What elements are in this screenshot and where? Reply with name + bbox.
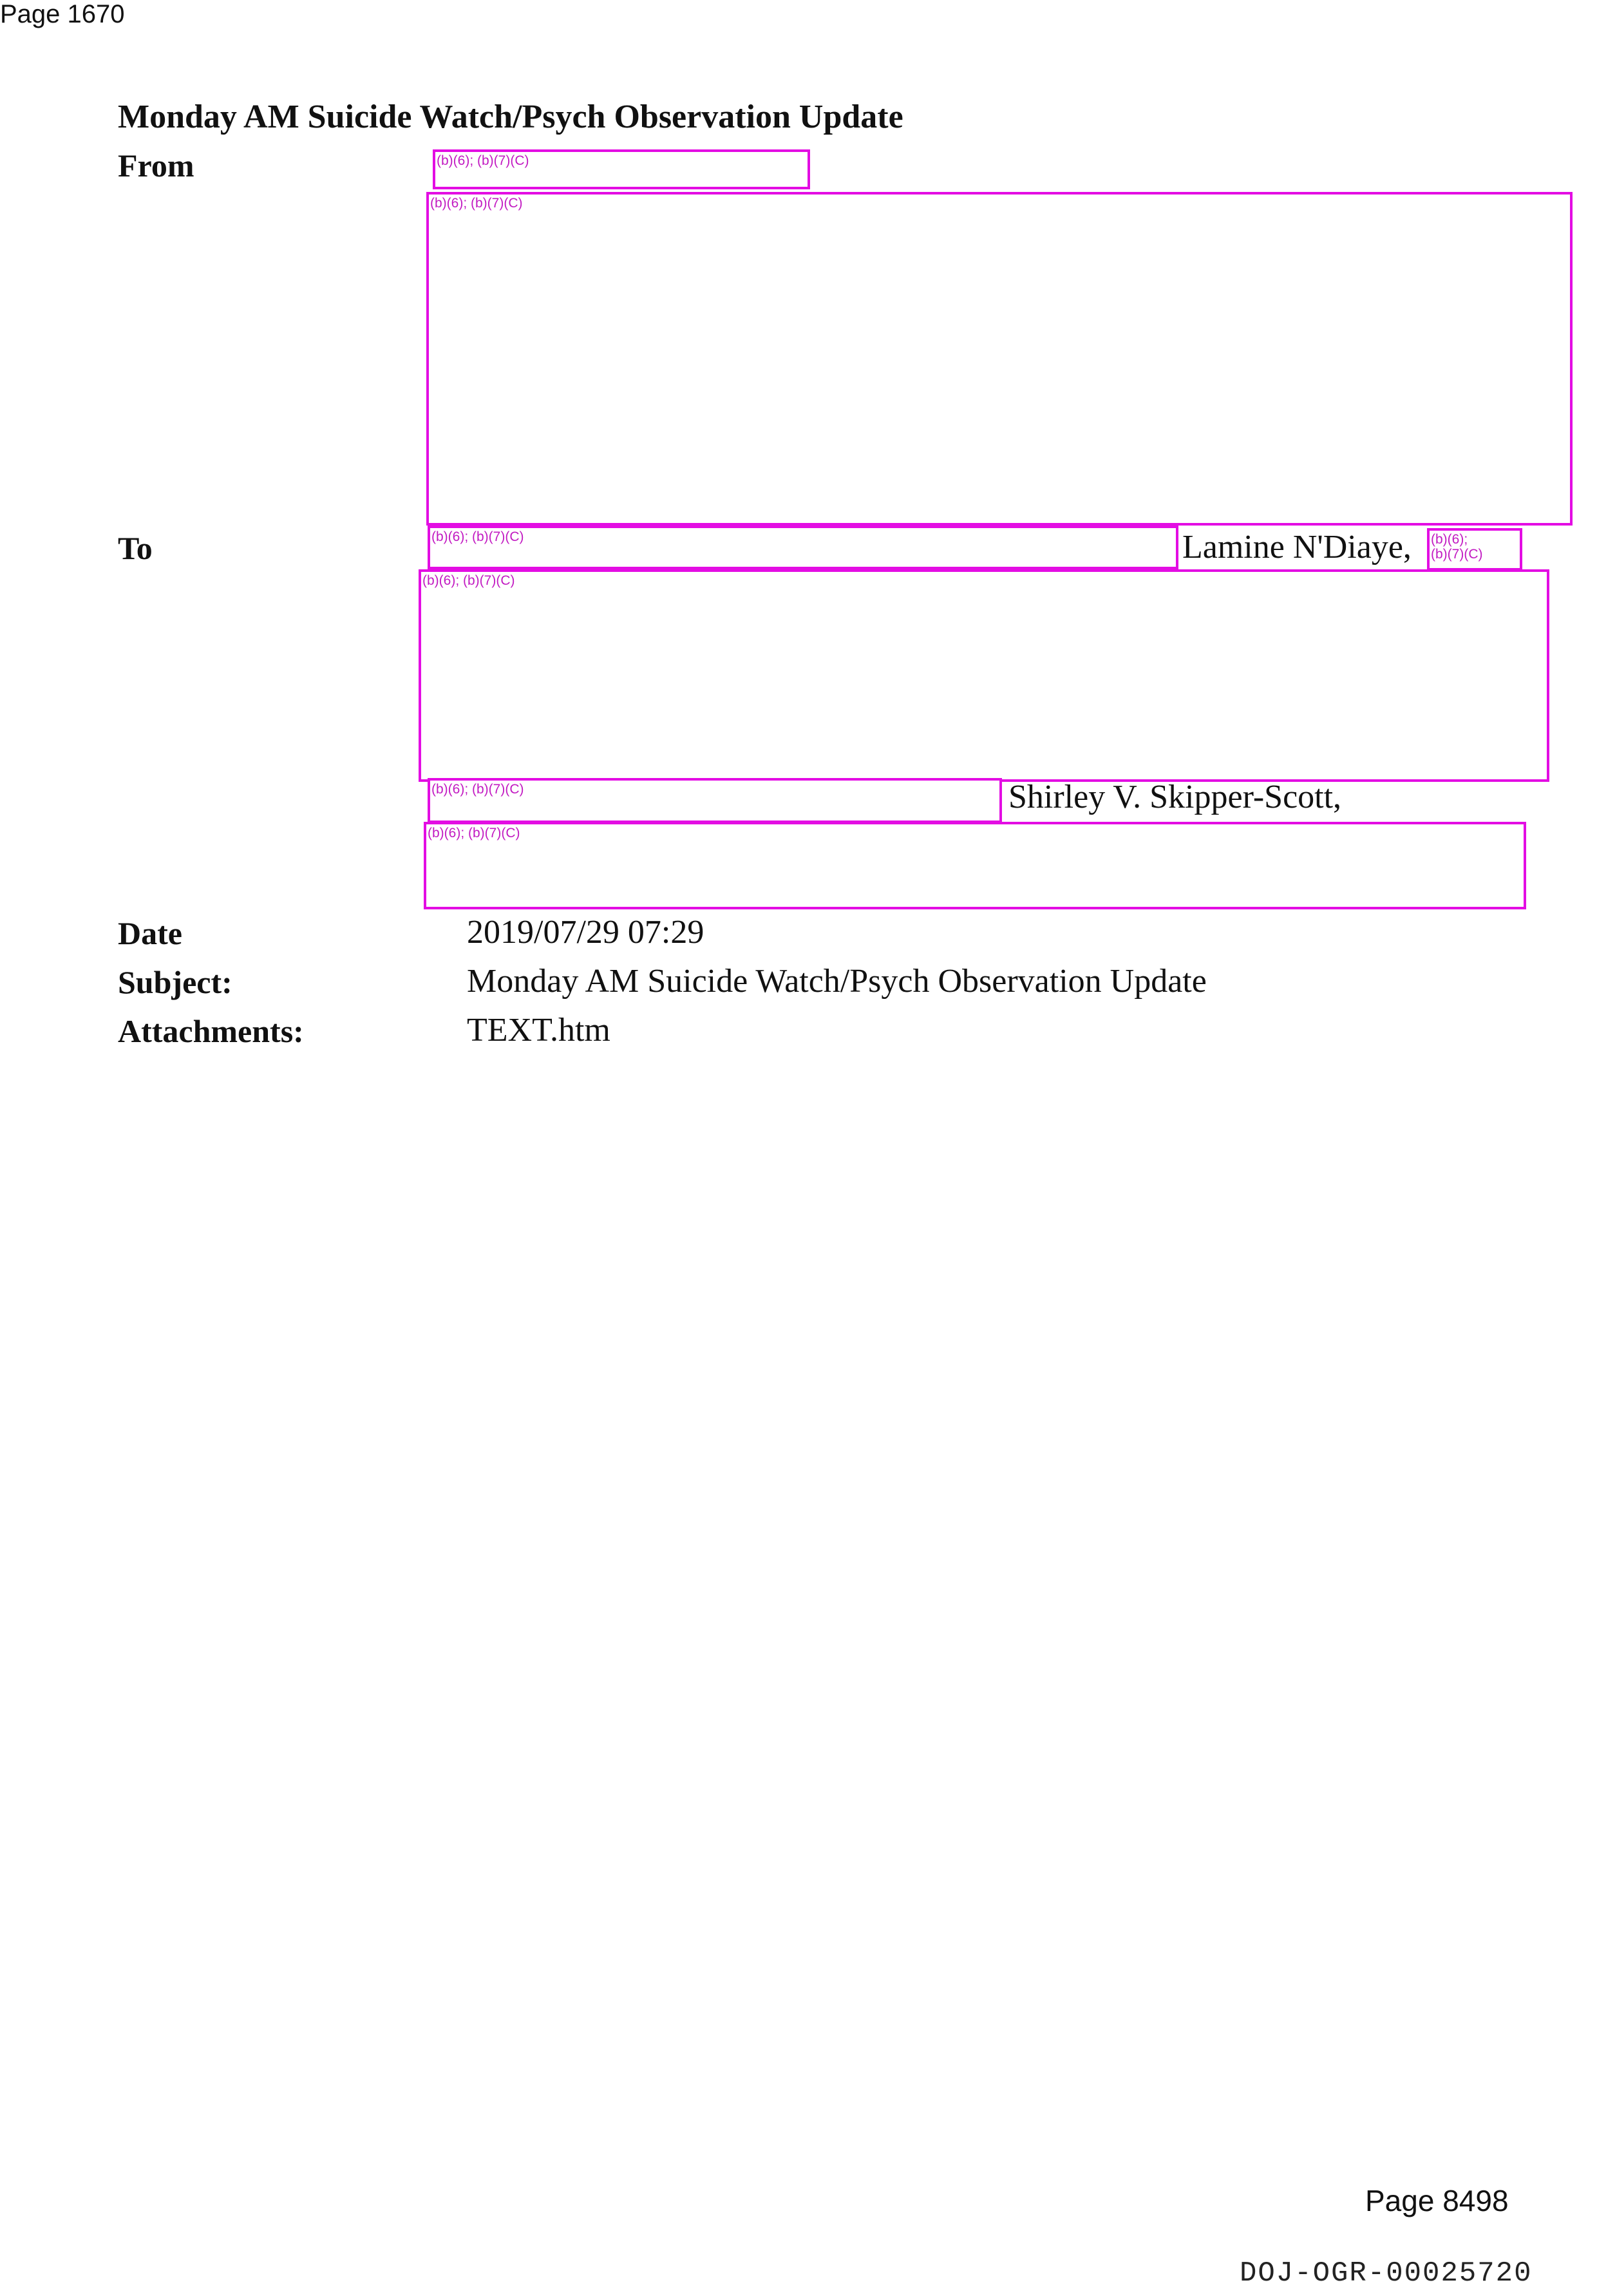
redaction-box: (b)(6); (b)(7)(C) [428, 526, 1178, 569]
to-recipient: Lamine N'Diaye, [1182, 528, 1412, 566]
redaction-box: (b)(6); (b)(7)(C) [1427, 528, 1522, 571]
subject-label: Subject: [118, 963, 232, 1001]
bates-number: DOJ-OGR-00025720 [1240, 2257, 1532, 2290]
redaction-code: (b)(6); (b)(7)(C) [421, 572, 1547, 588]
redaction-box: (b)(6); (b)(7)(C) [424, 822, 1526, 909]
redaction-code: (b)(6); (b)(7)(C) [426, 824, 1524, 840]
date-value: 2019/07/29 07:29 [467, 913, 704, 951]
attachments-label: Attachments: [118, 1012, 304, 1050]
to-recipient: Shirley V. Skipper-Scott, [1008, 778, 1341, 816]
redaction-code: (b)(6); (b)(7)(C) [435, 152, 808, 168]
to-label: To [118, 529, 153, 567]
from-label: From [118, 147, 194, 184]
redaction-code: (b)(6); (b)(7)(C) [430, 781, 999, 797]
redaction-box: (b)(6); (b)(7)(C) [426, 192, 1573, 526]
date-label: Date [118, 915, 182, 952]
redaction-code: (b)(6); (b)(7)(C) [1430, 531, 1520, 562]
email-title: Monday AM Suicide Watch/Psych Observatio… [118, 98, 903, 136]
attachment-file[interactable]: TEXT.htm [467, 1011, 610, 1049]
subject-value: Monday AM Suicide Watch/Psych Observatio… [467, 962, 1207, 1000]
page-number-bottom: Page 8498 [1365, 2183, 1509, 2218]
redaction-code: (b)(6); (b)(7)(C) [430, 528, 1176, 544]
redaction-box: (b)(6); (b)(7)(C) [428, 778, 1002, 823]
page-number-top: Page 1670 [0, 0, 125, 29]
redaction-code: (b)(6); (b)(7)(C) [429, 194, 1570, 211]
redaction-box: (b)(6); (b)(7)(C) [419, 569, 1549, 782]
redaction-box: (b)(6); (b)(7)(C) [433, 149, 810, 189]
